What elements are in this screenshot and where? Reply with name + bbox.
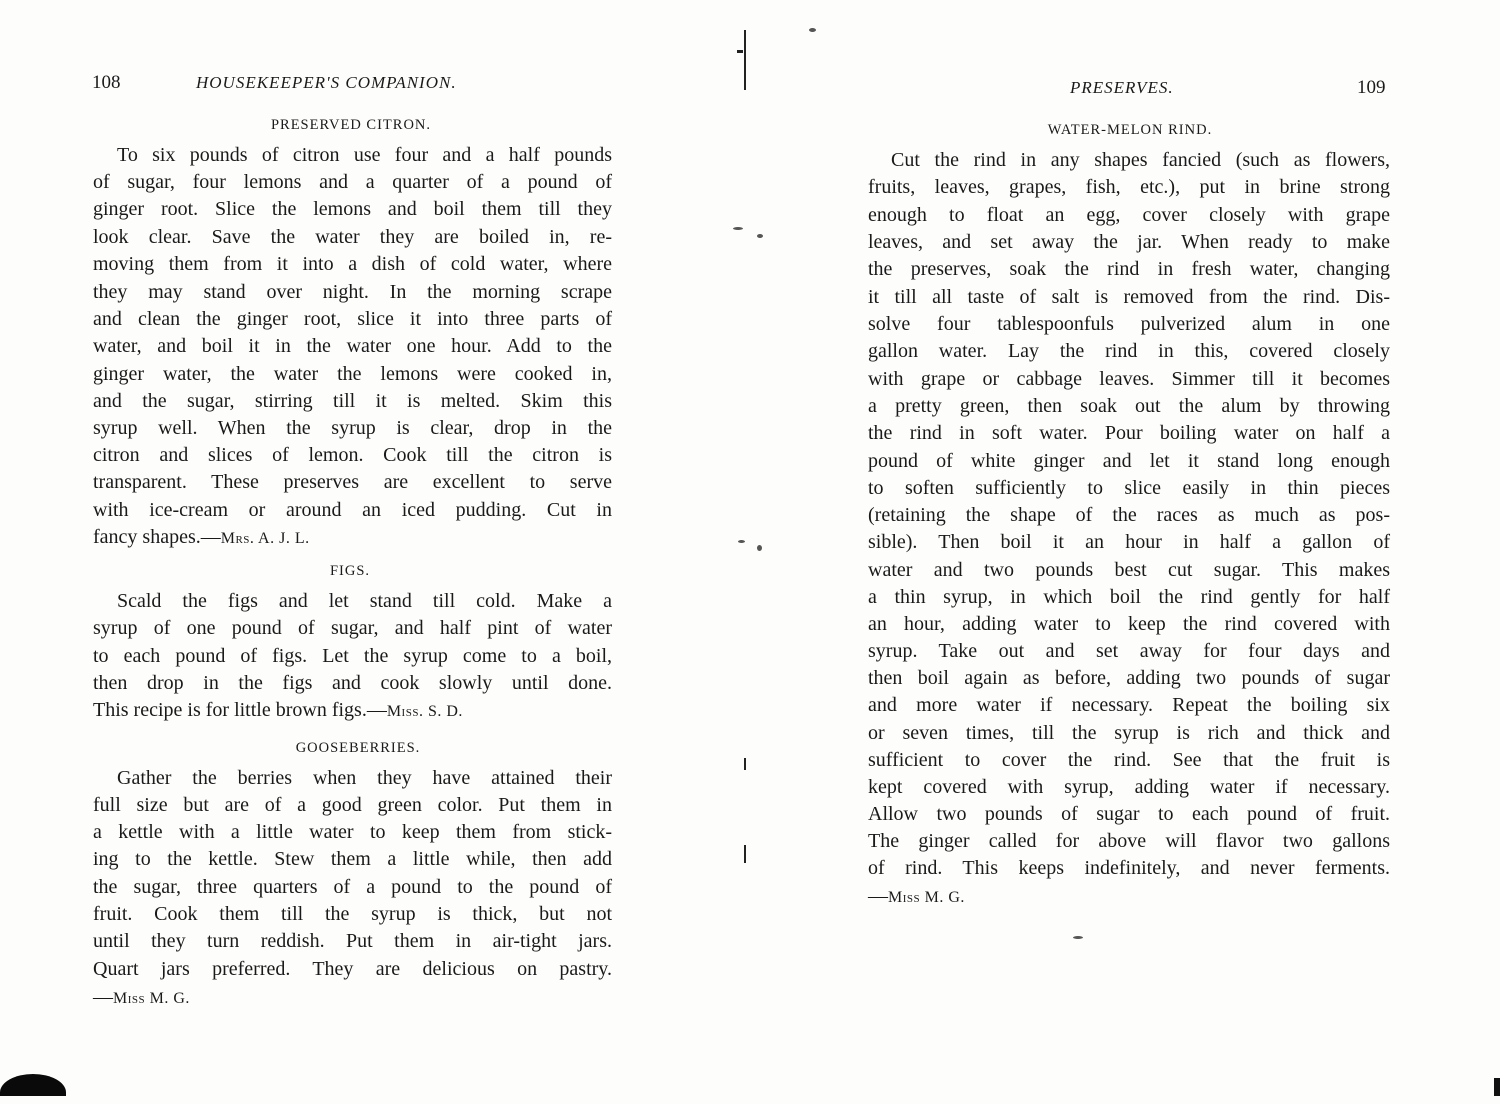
- gutter-scan-mark: [737, 50, 743, 53]
- text-line: moving them from it into a dish of cold …: [93, 251, 612, 278]
- gutter-scan-mark: [744, 30, 746, 90]
- text-line: the preserves, soak the rind in fresh wa…: [868, 256, 1390, 283]
- text-line: pound of white ginger and let it stand l…: [868, 448, 1390, 475]
- text-line-with-signature: —Miss M. G.: [868, 883, 965, 910]
- recipe-signature: Miss. S. D.: [387, 703, 463, 720]
- recipe-signature: Miss M. G.: [888, 889, 965, 906]
- gutter-scan-mark: [744, 845, 746, 863]
- text-line-with-signature: This recipe is for little brown figs.—Mi…: [93, 697, 463, 724]
- scan-speck: [733, 227, 743, 230]
- text-line: full size but are of a good green color.…: [93, 792, 612, 819]
- text-line: ing to the kettle. Stew them a little wh…: [93, 846, 612, 873]
- text-line: and the sugar, stirring till it is melte…: [93, 388, 612, 415]
- text-line: it till all taste of salt is removed fro…: [868, 284, 1390, 311]
- text-line: solve four tablespoonfuls pulverized alu…: [868, 311, 1390, 338]
- text-line: Scald the figs and let stand till cold. …: [117, 588, 612, 615]
- text-line: Allow two pounds of sugar to each pound …: [868, 801, 1390, 828]
- text-line: then drop in the figs and cook slowly un…: [93, 670, 612, 697]
- page-number: 109: [1357, 77, 1386, 99]
- text-line: syrup. Take out and set away for four da…: [868, 638, 1390, 665]
- text-line: a thin syrup, in which boil the rind gen…: [868, 584, 1390, 611]
- text-line: The ginger called for above will flavor …: [868, 828, 1390, 855]
- recipe-signature: Miss M. G.: [113, 990, 190, 1007]
- gutter-scan-mark: [744, 758, 746, 770]
- text-line: a pretty green, then soak out the alum b…: [868, 393, 1390, 420]
- text-line: of rind. This keeps indefinitely, and ne…: [868, 855, 1390, 882]
- text-line: gallon water. Lay the rind in this, cove…: [868, 338, 1390, 365]
- text-line-with-signature: fancy shapes.—Mrs. A. J. L.: [93, 524, 310, 551]
- text-line: of sugar, four lemons and a quarter of a…: [93, 169, 612, 196]
- text-line: ginger root. Slice the lemons and boil t…: [93, 196, 612, 223]
- text-line: or seven times, till the syrup is rich a…: [868, 720, 1390, 747]
- page-number: 108: [92, 72, 121, 94]
- section-title-preserved-citron: PRESERVED CITRON.: [250, 115, 452, 135]
- text-line: Quart jars preferred. They are delicious…: [93, 956, 612, 983]
- text-line: syrup of one pound of sugar, and half pi…: [93, 615, 612, 642]
- text-line: the rind in soft water. Pour boiling wat…: [868, 420, 1390, 447]
- text-line: then boil again as before, adding two po…: [868, 665, 1390, 692]
- scan-speck: [738, 540, 745, 543]
- text-fragment: —: [868, 885, 888, 907]
- text-line-with-signature: —Miss M. G.: [93, 984, 190, 1011]
- left-page: 108 HOUSEKEEPER'S COMPANION. PRESERVED C…: [0, 0, 740, 1104]
- text-line: water and two pounds best cut sugar. Thi…: [868, 557, 1390, 584]
- text-line: enough to float an egg, cover closely wi…: [868, 202, 1390, 229]
- text-line: to each pound of figs. Let the syrup com…: [93, 643, 612, 670]
- text-line: transparent. These preserves are excelle…: [93, 469, 612, 496]
- text-line: with grape or cabbage leaves. Simmer til…: [868, 366, 1390, 393]
- text-line: citron and slices of lemon. Cook till th…: [93, 442, 612, 469]
- text-line: until they turn reddish. Put them in air…: [93, 928, 612, 955]
- text-line: an hour, adding water to keep the rind c…: [868, 611, 1390, 638]
- text-line: and more water if necessary. Repeat the …: [868, 692, 1390, 719]
- running-title: HOUSEKEEPER'S COMPANION.: [196, 72, 457, 94]
- text-line: with ice-cream or around an iced pudding…: [93, 497, 612, 524]
- text-line: kept covered with syrup, adding water if…: [868, 774, 1390, 801]
- text-line: a kettle with a little water to keep the…: [93, 819, 612, 846]
- text-line: fruit. Cook them till the syrup is thick…: [93, 901, 612, 928]
- text-line: sible). Then boil it an hour in half a g…: [868, 529, 1390, 556]
- text-line: and clean the ginger root, slice it into…: [93, 306, 612, 333]
- text-line: to soften sufficiently to slice easily i…: [868, 475, 1390, 502]
- text-fragment: This recipe is for little brown figs.—: [93, 699, 387, 721]
- text-line: Gather the berries when they have attain…: [117, 765, 612, 792]
- section-title-water-melon-rind: WATER-MELON RIND.: [1025, 120, 1235, 140]
- text-line: they may stand over night. In the mornin…: [93, 279, 612, 306]
- text-fragment: —: [93, 986, 113, 1008]
- section-title-gooseberries: GOOSEBERRIES.: [283, 738, 433, 758]
- text-fragment: fancy shapes.—: [93, 526, 221, 548]
- right-page: PRESERVES. 109 WATER-MELON RIND. Cut the…: [760, 0, 1500, 1104]
- text-line: sufficient to cover the rind. See that t…: [868, 747, 1390, 774]
- text-line: Cut the rind in any shapes fancied (such…: [891, 147, 1390, 174]
- running-title: PRESERVES.: [1070, 77, 1174, 99]
- text-line: the sugar, three quarters of a pound to …: [93, 874, 612, 901]
- text-line: fruits, leaves, grapes, fish, etc.), put…: [868, 174, 1390, 201]
- text-line: To six pounds of citron use four and a h…: [117, 142, 612, 169]
- section-title-figs: FIGS.: [320, 561, 380, 581]
- text-line: syrup well. When the syrup is clear, dro…: [93, 415, 612, 442]
- text-line: (retaining the shape of the races as muc…: [868, 502, 1390, 529]
- book-spread: 108 HOUSEKEEPER'S COMPANION. PRESERVED C…: [0, 0, 1500, 1104]
- recipe-signature: Mrs. A. J. L.: [221, 530, 310, 547]
- text-line: look clear. Save the water they are boil…: [93, 224, 612, 251]
- text-line: water, and boil it in the water one hour…: [93, 333, 612, 360]
- text-line: ginger water, the water the lemons were …: [93, 361, 612, 388]
- text-line: leaves, and set away the jar. When ready…: [868, 229, 1390, 256]
